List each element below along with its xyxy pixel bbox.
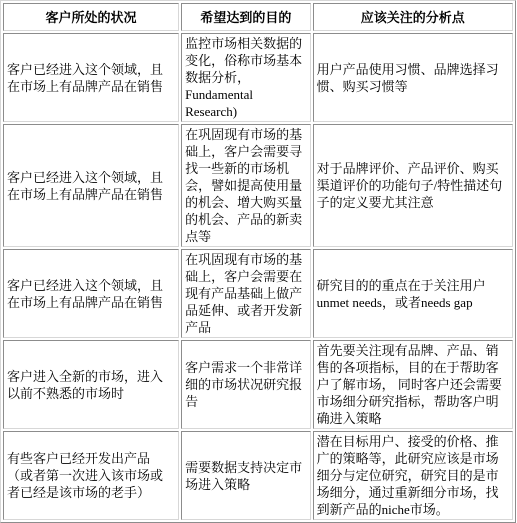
table-row: 客户已经进入这个领域，且在市场上有品牌产品在销售 在巩固现有市场的基础上，客户会… (3, 124, 513, 247)
table-row: 客户已经进入这个领域，且在市场上有品牌产品在销售 监控市场相关数据的变化，俗称市… (3, 33, 513, 122)
cell-goal: 客户需求一个非常详细的市场状况研究报告 (181, 340, 311, 429)
cell-analysis: 研究目的的重点在于关注用户unmet needs，或者needs gap (313, 249, 513, 338)
cell-analysis: 潜在目标用户、接受的价格、推广的策略等，此研究应该是市场细分与定位研究，研究目的… (313, 431, 513, 520)
column-header-analysis-points: 应该关注的分析点 (313, 3, 513, 31)
cell-goal: 在巩固现有市场的基础上，客户会需要在现有产品基础上做产品延伸、或者开发新产品 (181, 249, 311, 338)
cell-situation: 客户已经进入这个领域，且在市场上有品牌产品在销售 (3, 124, 179, 247)
cell-goal: 监控市场相关数据的变化，俗称市场基本数据分析，Fundamental Resea… (181, 33, 311, 122)
client-situation-analysis-table: 客户所处的状况 希望达到的目的 应该关注的分析点 客户已经进入这个领域，且在市场… (0, 0, 516, 523)
cell-situation: 有些客户已经开发出产品（或者第一次进入该市场或者已经是该市场的老手） (3, 431, 179, 520)
cell-analysis: 对于品牌评价、产品评价、购买渠道评价的功能句子/特性描述句子的定义要尤其注意 (313, 124, 513, 247)
column-header-customer-situation: 客户所处的状况 (3, 3, 179, 31)
table-row: 客户进入全新的市场，进入以前不熟悉的市场时 客户需求一个非常详细的市场状况研究报… (3, 340, 513, 429)
cell-goal: 需要数据支持决定市场进入策略 (181, 431, 311, 520)
cell-analysis: 首先要关注现有品牌、产品、销售的各项指标，目的在于帮助客户了解市场， 同时客户还… (313, 340, 513, 429)
cell-situation: 客户已经进入这个领域，且在市场上有品牌产品在销售 (3, 249, 179, 338)
cell-situation: 客户进入全新的市场，进入以前不熟悉的市场时 (3, 340, 179, 429)
cell-situation: 客户已经进入这个领域，且在市场上有品牌产品在销售 (3, 33, 179, 122)
table-row: 客户已经进入这个领域，且在市场上有品牌产品在销售 在巩固现有市场的基础上，客户会… (3, 249, 513, 338)
cell-analysis: 用户产品使用习惯、品牌选择习惯、购买习惯等 (313, 33, 513, 122)
cell-goal: 在巩固现有市场的基础上，客户会需要寻找一些新的市场机会，譬如提高使用量的机会、增… (181, 124, 311, 247)
header-row: 客户所处的状况 希望达到的目的 应该关注的分析点 (3, 3, 513, 31)
column-header-desired-goal: 希望达到的目的 (181, 3, 311, 31)
table-row: 有些客户已经开发出产品（或者第一次进入该市场或者已经是该市场的老手） 需要数据支… (3, 431, 513, 520)
